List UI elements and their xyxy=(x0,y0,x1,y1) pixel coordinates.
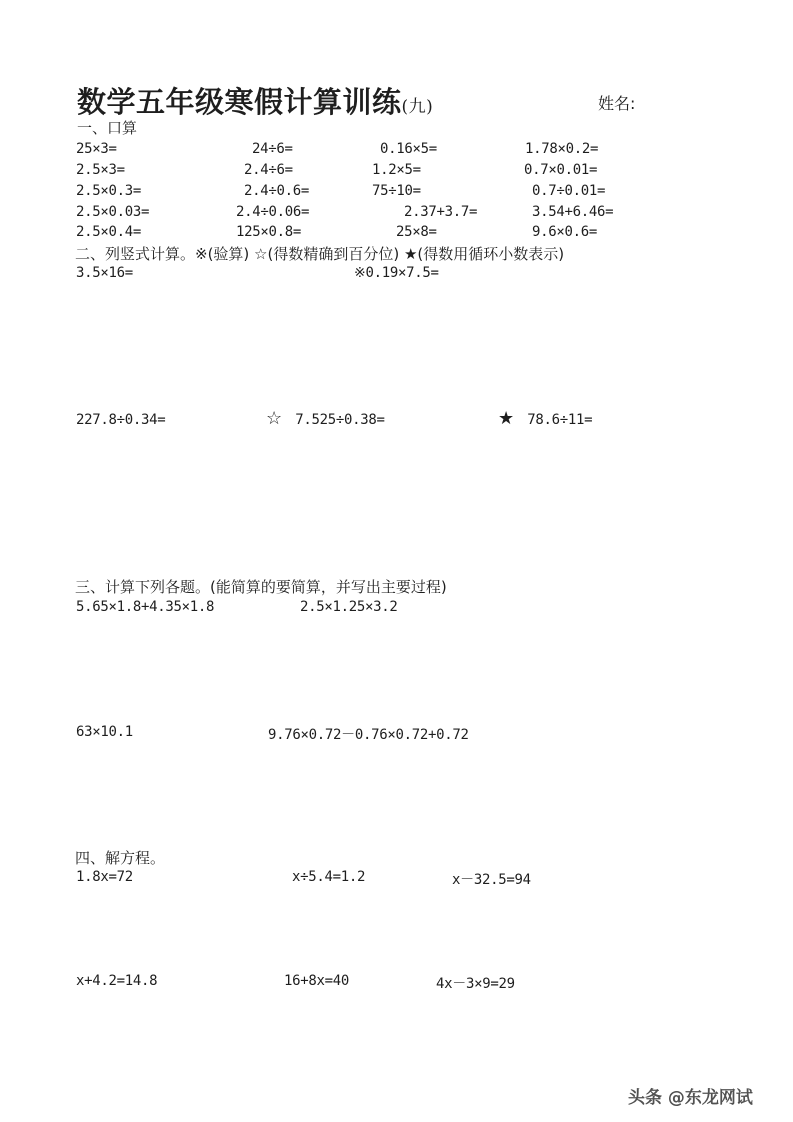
title-main: 数学五年级寒假计算训练 xyxy=(77,85,402,119)
watermark: 头条 @东龙网试 xyxy=(628,1083,753,1108)
page-title: 数学五年级寒假计算训练(九) xyxy=(77,80,433,121)
equation: x－32.5=94 xyxy=(452,869,531,889)
vertical-problem-round: ☆ 7.525÷0.38= xyxy=(266,408,385,429)
section3-heading: 三、计算下列各题。(能简算的要简算，并写出主要过程) xyxy=(75,576,447,597)
oral-problem: 2.5×3= xyxy=(76,162,125,178)
equation: 1.8x=72 xyxy=(76,869,133,885)
oral-problem: 1.78×0.2= xyxy=(525,141,598,157)
calc-problem: 63×10.1 xyxy=(76,724,133,740)
section2-heading: 二、列竖式计算。※(验算) ☆(得数精确到百分位) ★(得数用循环小数表示) xyxy=(75,243,564,264)
vertical-problem-verify: ※0.19×7.5= xyxy=(354,265,439,281)
oral-problem: 25×3= xyxy=(76,141,117,157)
oral-problem: 2.37+3.7= xyxy=(404,204,477,220)
oral-problem: 2.4÷6= xyxy=(244,162,293,178)
star-outline-icon: ☆ xyxy=(266,408,282,429)
oral-problem: 24÷6= xyxy=(252,141,293,157)
calc-problem: 2.5×1.25×3.2 xyxy=(300,599,398,615)
equation: x÷5.4=1.2 xyxy=(292,869,365,885)
section4-heading: 四、解方程。 xyxy=(75,847,165,868)
vertical-problem-repeating: ★ 78.6÷11= xyxy=(498,408,592,429)
oral-problem: 25×8= xyxy=(396,224,437,240)
oral-problem: 2.5×0.3= xyxy=(76,183,141,199)
oral-problem: 0.16×5= xyxy=(380,141,437,157)
calc-problem: 5.65×1.8+4.35×1.8 xyxy=(76,599,214,615)
star-filled-icon: ★ xyxy=(498,408,514,429)
equation: 16+8x=40 xyxy=(284,973,349,989)
oral-problem: 3.54+6.46= xyxy=(532,204,613,220)
oral-problem: 125×0.8= xyxy=(236,224,301,240)
vertical-problem: 227.8÷0.34= xyxy=(76,412,165,428)
oral-problem: 0.7÷0.01= xyxy=(532,183,605,199)
equation: x+4.2=14.8 xyxy=(76,973,157,989)
reference-mark-icon: ※ xyxy=(354,265,365,281)
oral-problem: 75÷10= xyxy=(372,183,421,199)
oral-problem: 0.7×0.01= xyxy=(524,162,597,178)
oral-problem: 2.4÷0.6= xyxy=(244,183,309,199)
vertical-problem: 3.5×16= xyxy=(76,265,133,281)
oral-problem: 2.5×0.03= xyxy=(76,204,149,220)
oral-problem: 2.4÷0.06= xyxy=(236,204,309,220)
title-suffix: (九) xyxy=(402,97,434,117)
section1-heading: 一、口算 xyxy=(77,117,137,138)
oral-problem: 9.6×0.6= xyxy=(532,224,597,240)
equation: 4x－3×9=29 xyxy=(436,973,515,993)
oral-problem: 1.2×5= xyxy=(372,162,421,178)
calc-problem: 9.76×0.72－0.76×0.72+0.72 xyxy=(268,724,469,744)
oral-problem: 2.5×0.4= xyxy=(76,224,141,240)
name-label: 姓名: xyxy=(598,91,635,114)
